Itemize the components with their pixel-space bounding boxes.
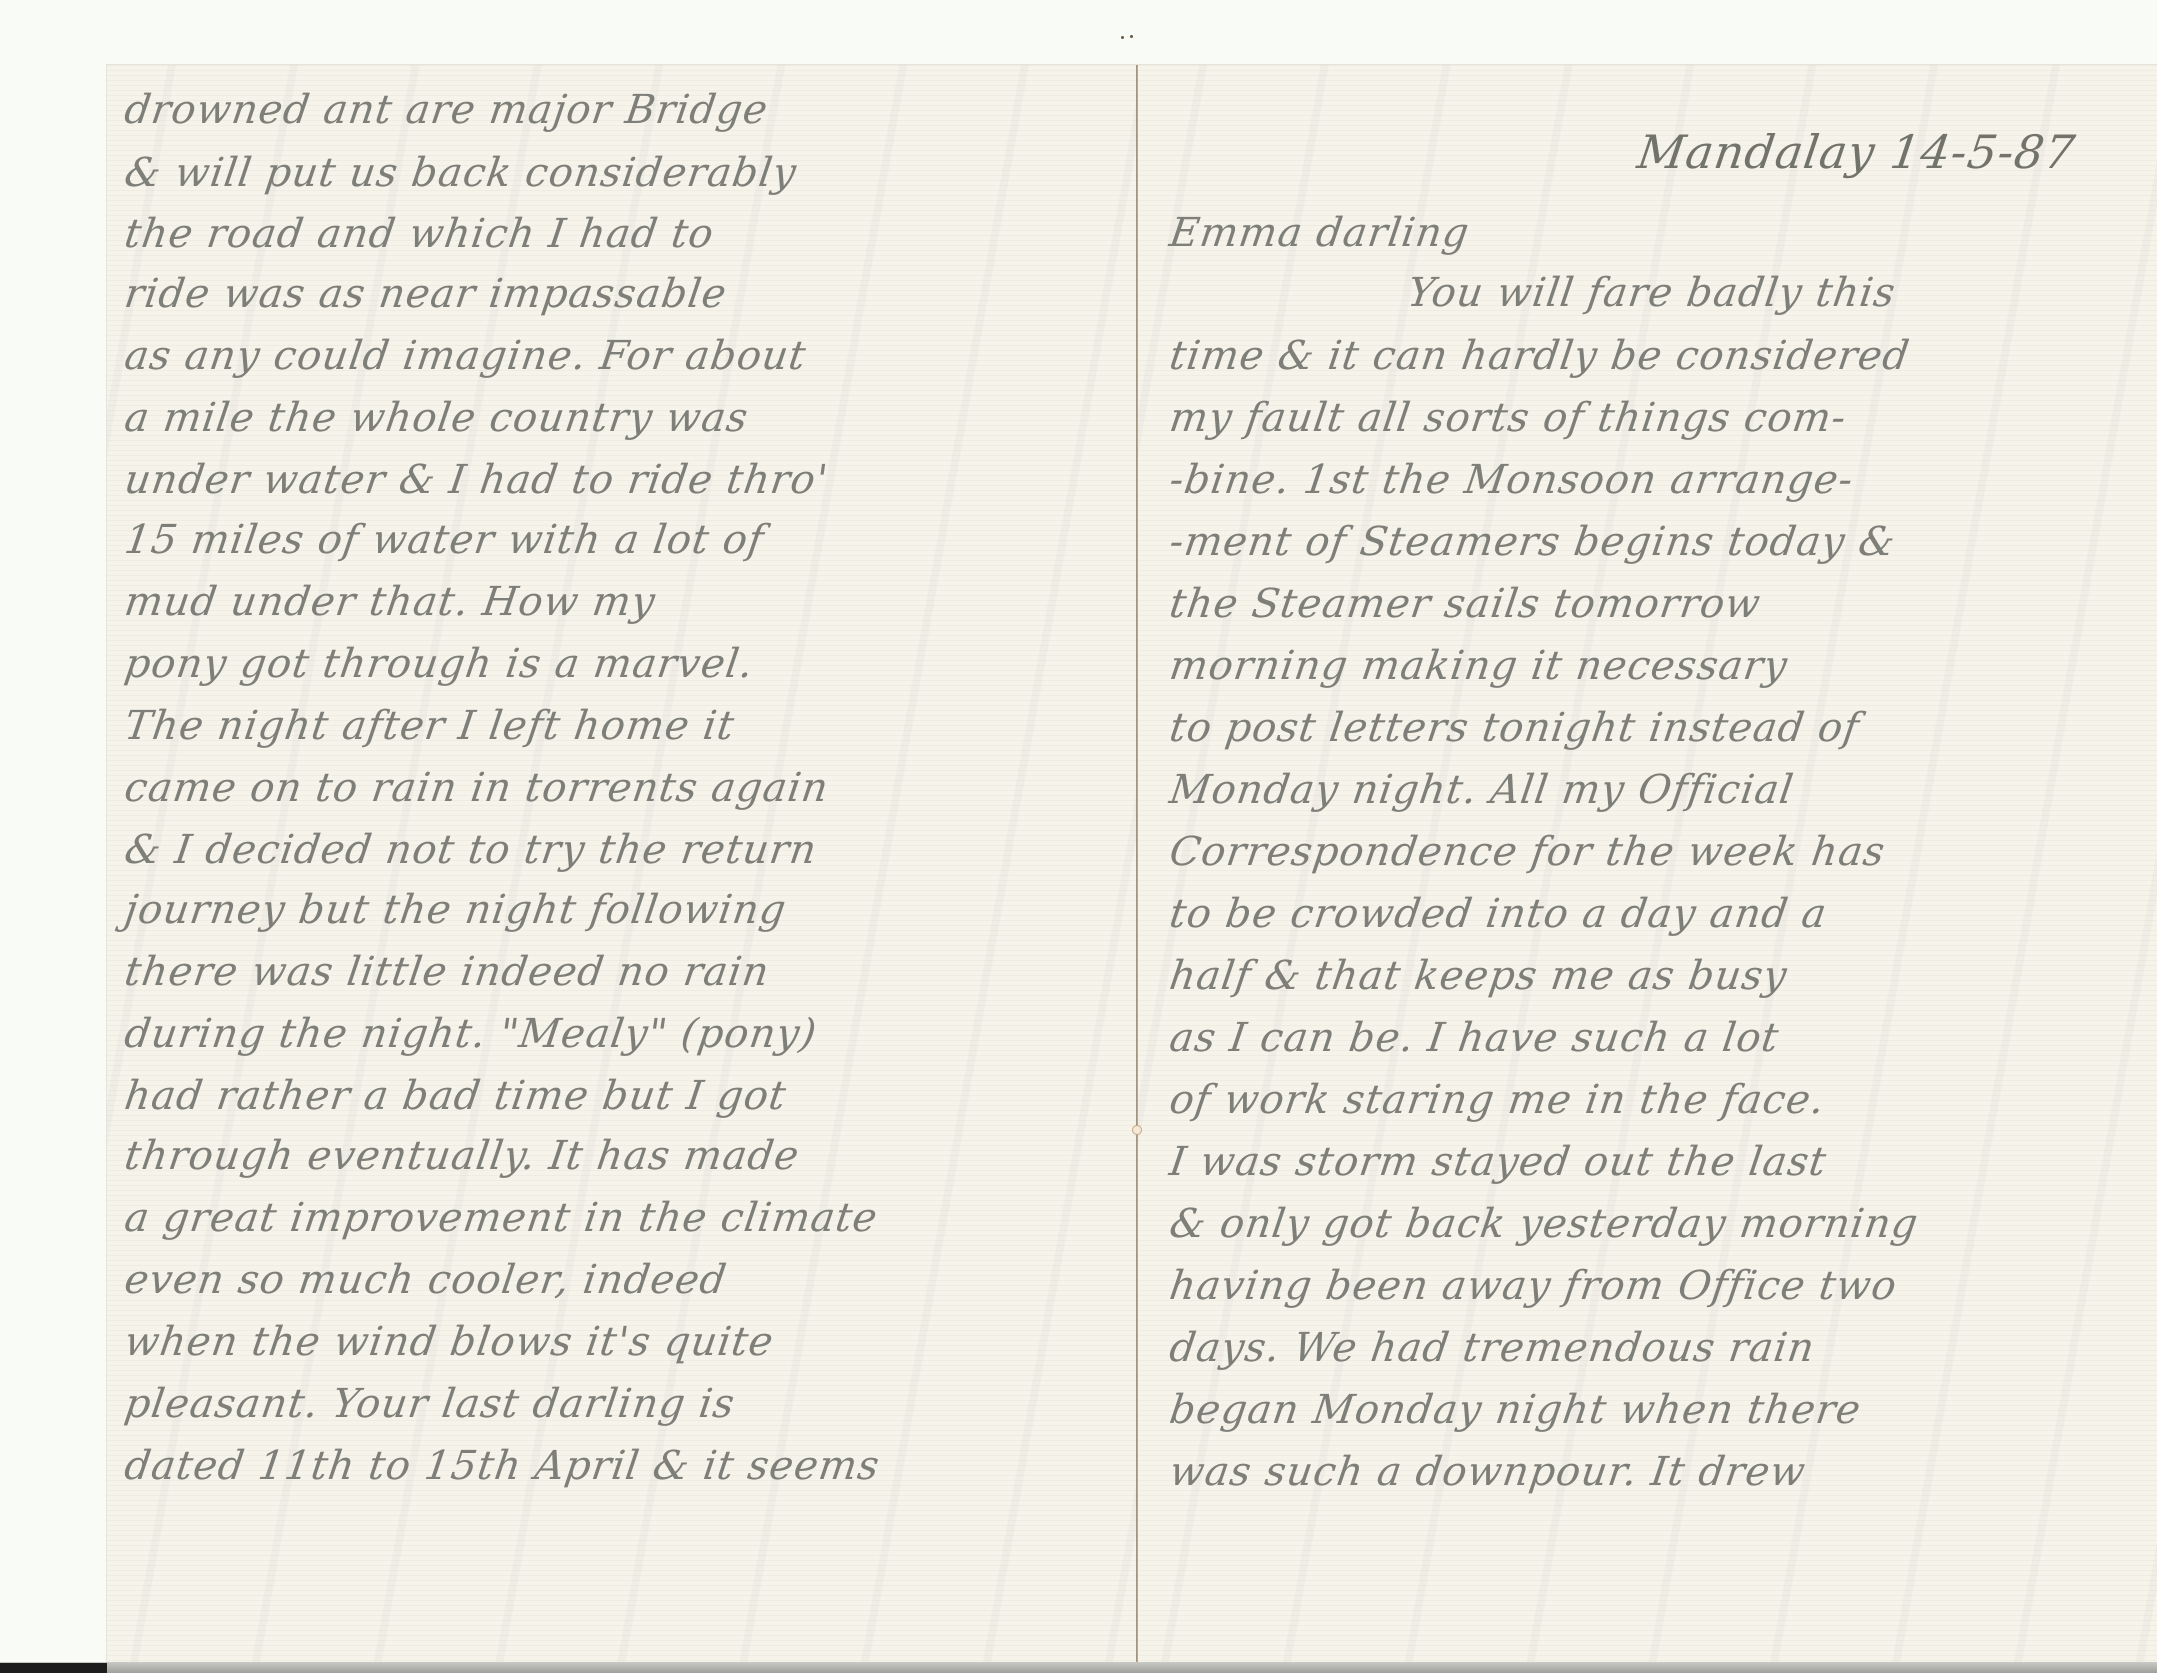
left-line: had rather a bad time but I got: [122, 1073, 790, 1119]
right-line: was such a downpour. It drew: [1167, 1449, 1809, 1495]
left-line: & will put us back considerably: [122, 150, 800, 196]
fold-pinhole: [1132, 1125, 1142, 1135]
left-line: 15 miles of water with a lot of: [122, 517, 767, 563]
top-margin-specks: [1121, 34, 1137, 42]
center-fold-crease: [1136, 65, 1138, 1662]
left-line: pleasant. Your last darling is: [122, 1381, 738, 1427]
left-line: when the wind blows it's quite: [122, 1319, 777, 1365]
left-line: the road and which I had to: [122, 211, 717, 257]
right-line: time & it can hardly be considered: [1167, 333, 1913, 379]
right-line: having been away from Office two: [1167, 1263, 1900, 1309]
right-line: You will fare badly this: [1405, 270, 1899, 316]
right-line: Monday night. All my Official: [1167, 767, 1797, 813]
left-line: even so much cooler, indeed: [122, 1257, 730, 1303]
left-line: drowned ant are major Bridge: [122, 87, 771, 133]
right-line: as I can be. I have such a lot: [1167, 1015, 1782, 1061]
left-line: The night after I left home it: [122, 703, 738, 749]
left-line: there was little indeed no rain: [122, 949, 773, 995]
left-line: dated 11th to 15th April & it seems: [122, 1443, 883, 1489]
right-line: to post letters tonight instead of: [1167, 705, 1863, 751]
left-line: during the night. "Mealy" (pony): [122, 1011, 820, 1057]
right-line: began Monday night when there: [1167, 1387, 1864, 1433]
left-line: under water & I had to ride thro': [122, 457, 831, 503]
left-line: ride was as near impassable: [122, 271, 730, 317]
letter-salutation: Emma darling: [1167, 210, 1473, 256]
right-line: to be crowded into a day and a: [1167, 891, 1830, 937]
right-line: morning making it necessary: [1167, 643, 1791, 689]
scanner-bottom-edge: [0, 1662, 2157, 1673]
left-page: drowned ant are major Bridge & will put …: [107, 65, 1136, 1662]
right-line: my fault all sorts of things com-: [1167, 395, 1850, 441]
left-line: journey but the night following: [122, 887, 790, 933]
right-line: -bine. 1st the Monsoon arrange-: [1167, 457, 1857, 503]
letter-date-heading: Mandalay 14-5-87: [1634, 125, 2079, 179]
left-line: & I decided not to try the return: [122, 827, 820, 873]
right-line: half & that keeps me as busy: [1167, 953, 1791, 999]
left-line: a great improvement in the climate: [122, 1195, 881, 1241]
right-line: & only got back yesterday morning: [1167, 1201, 1922, 1247]
right-line: -ment of Steamers begins today &: [1167, 519, 1899, 565]
left-line: through eventually. It has made: [122, 1133, 803, 1179]
left-line: mud under that. How my: [122, 579, 659, 625]
scanner-corner-shadow: [0, 1663, 107, 1673]
right-line: of work staring me in the face.: [1167, 1077, 1828, 1123]
right-line: the Steamer sails tomorrow: [1167, 581, 1764, 627]
left-line: came on to rain in torrents again: [122, 765, 832, 811]
right-line: days. We had tremendous rain: [1167, 1325, 1818, 1371]
right-line: Correspondence for the week has: [1167, 829, 1888, 875]
left-line: pony got through is a marvel.: [122, 641, 757, 687]
right-line: I was storm stayed out the last: [1167, 1139, 1830, 1185]
right-page: Mandalay 14-5-87 Emma darling You will f…: [1138, 65, 2157, 1662]
left-line: as any could imagine. For about: [122, 333, 810, 379]
left-line: a mile the whole country was: [122, 395, 752, 441]
